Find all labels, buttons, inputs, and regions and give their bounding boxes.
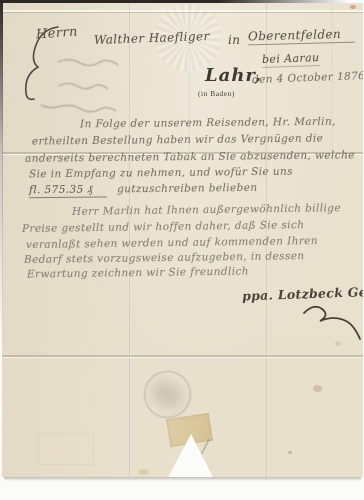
body1-line4: Sie in Empfang zu nehmen, und wofür Sie … (29, 166, 293, 181)
recipient-place-sub: bei Aarau (262, 51, 320, 68)
body2-line1: Herr Marlin hat Ihnen außergewöhnlich bi… (72, 202, 341, 218)
recipient-salutation: Herrn (36, 25, 79, 43)
signature-flourish (298, 299, 362, 341)
torn-notch (166, 434, 215, 477)
show-through-mark (38, 433, 94, 465)
body1-line1: In Folge der unserem Reisenden, Hr. Marl… (80, 116, 336, 131)
recipient-place: Oberentfelden (248, 27, 355, 46)
stain-spot (138, 469, 149, 475)
postmark-stamp (144, 371, 191, 418)
body1-line2: ertheilten Bestellung haben wir das Verg… (32, 132, 323, 147)
amount-underlined: fl. 575.35 ₰ (29, 183, 107, 198)
paper-bottom-edge (4, 477, 361, 481)
paper-sheet: Herrn Walther Haefliger in Oberentfelden… (2, 3, 363, 477)
body1-amount-line: fl. 575.35 ₰gutzuschreiben belieben (29, 182, 258, 196)
body1-line3: anderseits berechneten Tabak an Sie abzu… (25, 149, 355, 164)
stain-spot (313, 385, 322, 392)
scan-edge-top (0, 0, 364, 3)
amount-suffix: gutzuschreiben belieben (117, 182, 258, 195)
body2-line5: Erwartung zeichnen wir Sie freundlich (27, 265, 249, 280)
stain-spot (335, 341, 341, 346)
body2-line2: Preise gestellt und wir hoffen daher, da… (22, 219, 305, 235)
dateline-city-sub-printed: (in Baden) (198, 89, 235, 98)
recipient-preposition: in (228, 33, 240, 47)
stain-spot (350, 5, 356, 9)
body2-line4: Bedarf stets vorzugsweise aufzugeben, in… (24, 250, 305, 266)
stain-spot (288, 451, 292, 454)
fold-crease-horizontal-lower (2, 355, 363, 358)
body2-line3: veranlaßt sehen werden und auf kommenden… (26, 235, 318, 251)
scanned-letter: Herrn Walther Haefliger in Oberentfelden… (0, 0, 364, 500)
fold-crease-vertical-center (189, 3, 191, 153)
dateline-date-handwritten: den 4 October 1876 (252, 70, 363, 86)
scan-edge-left (0, 0, 3, 345)
fold-crease-horizontal-top (2, 10, 363, 13)
